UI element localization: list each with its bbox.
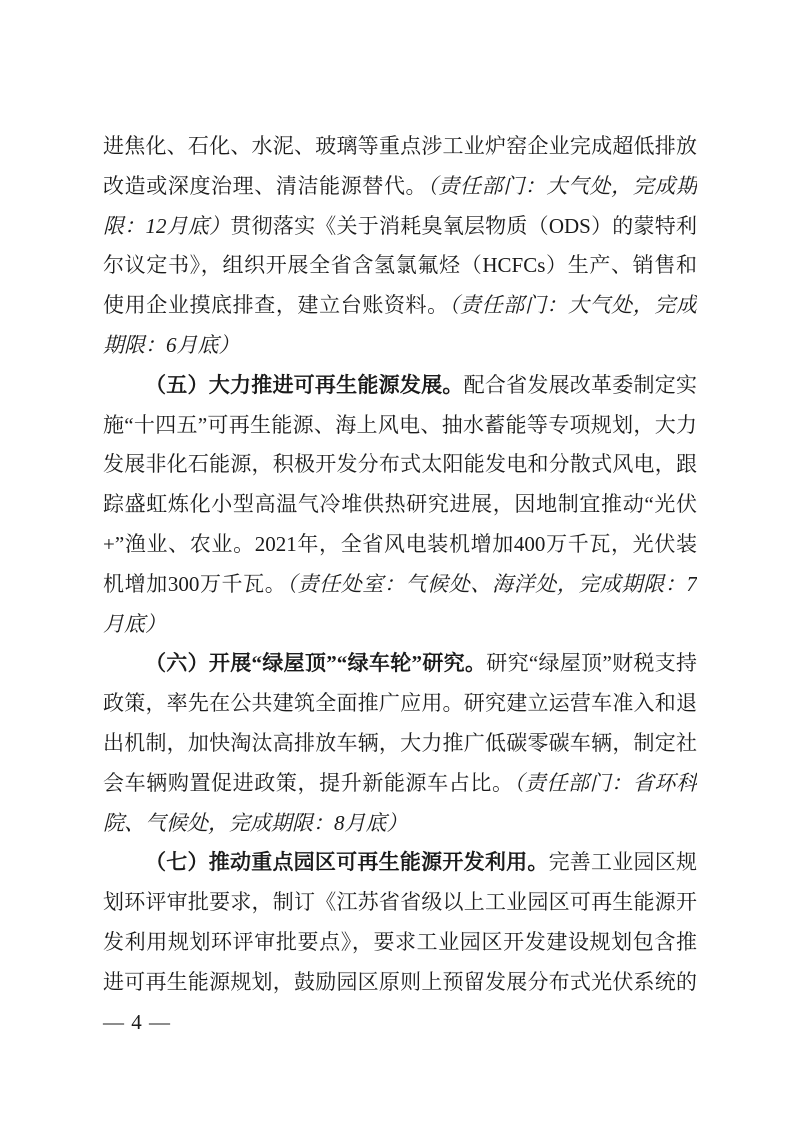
text-segment-normal: 贯彻落实《关于消耗臭氧层物质（ODS）的蒙特利 (230, 214, 697, 238)
text-segment-normal: 尔议定书》，组织开展全省含氢氯氟烃（HCFCs）生产、销售和 (103, 253, 697, 277)
text-line: 进可再生能源规划，鼓励园区原则上预留发展分布式光伏系统的 (103, 963, 697, 1003)
text-line: （七）推动重点园区可再生能源开发利用。完善工业园区规 (103, 843, 697, 883)
text-segment-normal: +”渔业、农业。2021年，全省风电装机增加400万千瓦，光伏装 (103, 532, 697, 556)
text-segment-kai: 期限：6月底） (103, 333, 240, 357)
text-segment-kai: （责任部门：大气处，完成 (449, 293, 697, 317)
text-line: 尔议定书》，组织开展全省含氢氯氟烃（HCFCs）生产、销售和 (103, 246, 697, 286)
text-segment-bold: （七）推动重点园区可再生能源开发利用。 (145, 850, 549, 874)
text-line: 机增加300万千瓦。（责任处室：气候处、海洋处，完成期限：7 (103, 565, 697, 605)
page-number: — 4 — (103, 1003, 171, 1043)
text-line: 施“十四五”可再生能源、海上风电、抽水蓄能等专项规划，大力 (103, 406, 697, 446)
text-segment-normal: 机增加300万千瓦。 (103, 572, 286, 596)
text-line: 会车辆购置促进政策，提升新能源车占比。（责任部门：省环科 (103, 764, 697, 804)
text-segment-normal: 发展非化石能源，积极开发分布式太阳能发电和分散式风电，跟 (103, 452, 697, 476)
text-segment-bold: （六）开展“绿屋顶”“绿车轮”研究。 (145, 651, 486, 675)
text-line: 踪盛虹炼化小型高温气冷堆供热研究进展，因地制宜推动“光伏 (103, 485, 697, 525)
text-line: 院、气候处，完成期限：8月底） (103, 804, 697, 844)
text-segment-normal: 划环评审批要求，制订《江苏省省级以上工业园区可再生能源开 (103, 890, 697, 914)
text-segment-kai: 限：12月底） (103, 214, 230, 238)
text-line: 限：12月底）贯彻落实《关于消耗臭氧层物质（ODS）的蒙特利 (103, 207, 697, 247)
text-line: 划环评审批要求，制订《江苏省省级以上工业园区可再生能源开 (103, 883, 697, 923)
text-segment-normal: 进焦化、石化、水泥、玻璃等重点涉工业炉窑企业完成超低排放 (103, 134, 697, 158)
text-segment-normal: 研究“绿屋顶”财税支持 (486, 651, 697, 675)
text-line: 改造或深度治理、清洁能源替代。（责任部门：大气处，完成期 (103, 167, 697, 207)
text-line: 出机制，加快淘汰高排放车辆，大力推广低碳零碳车辆，制定社 (103, 724, 697, 764)
text-segment-kai: （责任部门：大气处，完成期 (427, 174, 697, 198)
text-segment-normal: 进可再生能源规划，鼓励园区原则上预留发展分布式光伏系统的 (103, 970, 697, 994)
text-segment-normal: 政策，率先在公共建筑全面推广应用。研究建立运营车准入和退 (103, 691, 697, 715)
document-body: 进焦化、石化、水泥、玻璃等重点涉工业炉窑企业完成超低排放改造或深度治理、清洁能源… (103, 127, 697, 1003)
text-line: 发展非化石能源，积极开发分布式太阳能发电和分散式风电，跟 (103, 445, 697, 485)
text-line: +”渔业、农业。2021年，全省风电装机增加400万千瓦，光伏装 (103, 525, 697, 565)
text-segment-bold: （五）大力推进可再生能源发展。 (145, 373, 464, 397)
text-line: 政策，率先在公共建筑全面推广应用。研究建立运营车准入和退 (103, 684, 697, 724)
text-line: （六）开展“绿屋顶”“绿车轮”研究。研究“绿屋顶”财税支持 (103, 644, 697, 684)
text-segment-normal: 踪盛虹炼化小型高温气冷堆供热研究进展，因地制宜推动“光伏 (103, 492, 697, 516)
text-line: 期限：6月底） (103, 326, 697, 366)
text-line: （五）大力推进可再生能源发展。配合省发展改革委制定实 (103, 366, 697, 406)
text-segment-normal: 发利用规划环评审批要点》，要求工业园区开发建设规划包含推 (103, 930, 697, 954)
text-segment-normal: 使用企业摸底排查，建立台账资料。 (103, 293, 449, 317)
text-line: 月底） (103, 605, 697, 645)
text-segment-kai: 月底） (103, 612, 166, 636)
document-page: 进焦化、石化、水泥、玻璃等重点涉工业炉窑企业完成超低排放改造或深度治理、清洁能源… (0, 0, 800, 1131)
text-segment-normal: 配合省发展改革委制定实 (464, 373, 697, 397)
text-segment-normal: 施“十四五”可再生能源、海上风电、抽水蓄能等专项规划，大力 (103, 413, 697, 437)
text-line: 进焦化、石化、水泥、玻璃等重点涉工业炉窑企业完成超低排放 (103, 127, 697, 167)
text-segment-normal: 改造或深度治理、清洁能源替代。 (103, 174, 427, 198)
text-line: 使用企业摸底排查，建立台账资料。（责任部门：大气处，完成 (103, 286, 697, 326)
text-segment-kai: （责任处室：气候处、海洋处，完成期限：7 (286, 572, 697, 596)
text-segment-normal: 完善工业园区规 (549, 850, 697, 874)
text-segment-normal: 出机制，加快淘汰高排放车辆，大力推广低碳零碳车辆，制定社 (103, 731, 697, 755)
text-segment-normal: 会车辆购置促进政策，提升新能源车占比。 (103, 771, 514, 795)
text-segment-kai: 院、气候处，完成期限：8月底） (103, 811, 408, 835)
text-line: 发利用规划环评审批要点》，要求工业园区开发建设规划包含推 (103, 923, 697, 963)
text-segment-kai: （责任部门：省环科 (514, 771, 697, 795)
